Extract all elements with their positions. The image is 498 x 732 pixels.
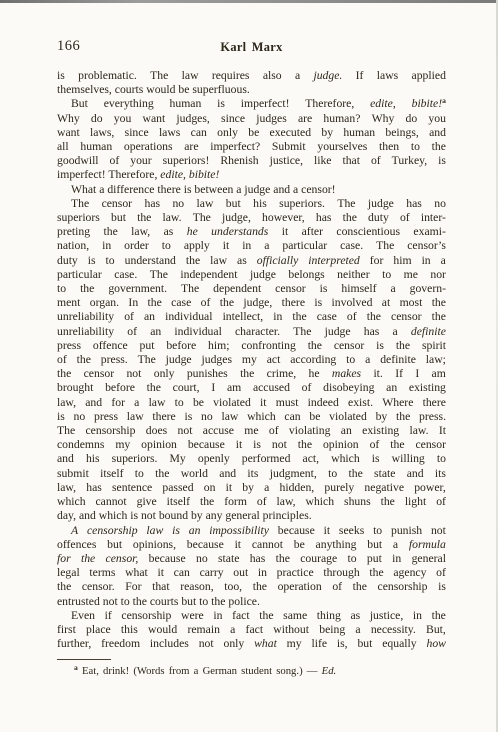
word: law [197, 197, 214, 211]
running-head: Karl Marx [220, 40, 282, 54]
word: equally [382, 637, 416, 651]
word: which [57, 495, 86, 509]
word: it [226, 481, 233, 495]
text-line: entrusted not to the courts but to the p… [57, 595, 446, 609]
word: fact [232, 609, 250, 623]
word: a [355, 623, 360, 637]
word: My [170, 452, 186, 466]
word: then [379, 140, 399, 154]
word: it [223, 239, 230, 253]
word: the [381, 495, 395, 509]
word: Therefore, [305, 97, 354, 111]
word: the [104, 225, 118, 239]
word: The [293, 325, 311, 339]
word: If [356, 69, 364, 83]
word: submit [57, 467, 89, 481]
word: The [181, 282, 199, 296]
word: nor [430, 268, 446, 282]
word: includes [150, 637, 189, 651]
word: but [111, 211, 126, 225]
word: law [127, 410, 144, 424]
word: power, [414, 481, 446, 495]
word: but [226, 197, 241, 211]
word: individual [165, 310, 212, 324]
text-line: day, and which is not bound by any gener… [57, 509, 446, 523]
word: its [247, 467, 258, 481]
word: be [248, 126, 259, 140]
word: the [298, 438, 312, 452]
word: before [166, 339, 196, 353]
word: but [357, 637, 372, 651]
word: is [320, 282, 328, 296]
word: requires [212, 69, 250, 83]
word: censor, [106, 552, 139, 566]
word: The [150, 69, 168, 83]
word: definite [411, 325, 446, 339]
word: the [367, 310, 381, 324]
word: applied [412, 69, 446, 83]
word: judge, [243, 296, 272, 310]
word: is [314, 296, 322, 310]
word: goodwill [57, 154, 99, 168]
word: yourselves [317, 140, 367, 154]
word: remain [187, 623, 219, 637]
word: further, [57, 637, 91, 651]
word: The [150, 268, 168, 282]
word: of [436, 495, 446, 509]
paragraph: What a difference there is between a jud… [57, 183, 446, 197]
word: the [396, 410, 410, 424]
word: same [283, 609, 307, 623]
word: the [308, 339, 322, 353]
word: censor. [82, 580, 115, 594]
word: is [57, 69, 65, 83]
word: impossibility [209, 524, 269, 538]
word: be [193, 396, 204, 410]
word: laws [377, 69, 398, 83]
word: the [432, 140, 446, 154]
word: judges, [176, 112, 209, 126]
word: Why [372, 112, 395, 126]
text-line: particularcase.Theindependentjudgebelong… [57, 268, 446, 282]
text-line: wantlaws,sincelawscanonlybeexecutedbyhum… [57, 126, 446, 140]
text-line: imperfect! Therefore, edite, bibite! [57, 168, 446, 182]
word: intellect, [223, 310, 264, 324]
word: imperfect? [210, 140, 260, 154]
word: but [107, 538, 122, 552]
text-line: dutyistounderstandthelawasofficiallyinte… [57, 254, 446, 268]
word: first [57, 623, 76, 637]
word: are [184, 140, 198, 154]
word: the [147, 381, 161, 395]
word: everything [104, 97, 154, 111]
word: is [372, 452, 380, 466]
word: offence [93, 339, 128, 353]
word: after [302, 225, 323, 239]
word: of [257, 495, 267, 509]
word: an [144, 310, 155, 324]
word: But [71, 97, 88, 111]
word: the [148, 296, 162, 310]
word: since [125, 126, 149, 140]
word: is, [337, 637, 348, 651]
word: law, [57, 481, 76, 495]
word: law. [409, 424, 428, 438]
word: he [187, 225, 198, 239]
word: apply [184, 239, 210, 253]
word: can [174, 566, 190, 580]
word: law [182, 69, 199, 83]
word: what [254, 637, 277, 651]
word: performed [242, 452, 291, 466]
word: justice, [270, 154, 303, 168]
word: preting [57, 225, 90, 239]
word: human [80, 140, 112, 154]
word: of [371, 154, 381, 168]
word: is [57, 410, 65, 424]
word: if [105, 609, 112, 623]
word: give [137, 495, 157, 509]
word: himself [341, 282, 376, 296]
word: laws [159, 126, 180, 140]
paragraph: Acensorshiplawisanimpossibilitybecauseit… [57, 524, 446, 609]
word: carry [200, 566, 224, 580]
word: for [370, 254, 384, 268]
word: would [148, 623, 177, 637]
word: But, [426, 623, 446, 637]
word: law; [426, 353, 446, 367]
word: edite, [370, 97, 396, 111]
word: since [221, 112, 245, 126]
word: of [370, 438, 380, 452]
word: of [436, 566, 446, 580]
word: understands [211, 225, 268, 239]
text-line: pressoffenceputbeforehim;confrontingthec… [57, 339, 446, 353]
word: superiors! [163, 154, 210, 168]
word: to [106, 254, 115, 268]
word: an [341, 424, 352, 438]
word: seeks [339, 524, 364, 538]
word: all [57, 140, 69, 154]
word: him [393, 254, 411, 268]
word: not [126, 367, 141, 381]
word: law, [57, 396, 76, 410]
body-text: isproblematic.Thelawrequiresalsoajudge.I… [57, 69, 446, 678]
word: I [211, 381, 215, 395]
word: superiors. [279, 197, 325, 211]
word: negative [364, 481, 404, 495]
word: my [287, 637, 302, 651]
text-line: thecensor.Forthatreason,too,theoperation… [57, 580, 446, 594]
word: the [155, 467, 169, 481]
word: it [236, 438, 243, 452]
text-line: legaltermswhatitcancarryoutinpracticethr… [57, 566, 446, 580]
word: act, [303, 452, 320, 466]
word: inter- [421, 211, 446, 225]
word: exist. [348, 396, 373, 410]
word: Even [71, 609, 95, 623]
word: violating [289, 424, 331, 438]
footnote-rule [57, 659, 111, 660]
word: my [242, 353, 257, 367]
word: judges [202, 353, 233, 367]
word: to [162, 239, 171, 253]
word: me [404, 268, 418, 282]
word: terms [89, 566, 115, 580]
word: has [364, 325, 380, 339]
word: has [316, 211, 332, 225]
word: willing [392, 452, 425, 466]
word: the [80, 282, 94, 296]
word: however, [262, 211, 305, 225]
word: in [413, 609, 422, 623]
word: cannot [96, 495, 127, 509]
word: officially [257, 254, 299, 268]
word: unreliability [57, 325, 114, 339]
word: press [94, 410, 118, 424]
text-line: nation,inordertoapplyitinaparticularcase… [57, 239, 446, 253]
word: the [259, 609, 273, 623]
word: the [348, 467, 362, 481]
word: the [200, 495, 214, 509]
word: an [189, 524, 201, 538]
word: press. [419, 410, 446, 424]
word: confronting [241, 339, 296, 353]
word: and [407, 467, 424, 481]
word: particular [282, 239, 327, 253]
word: a [365, 353, 370, 367]
word: the [353, 580, 367, 594]
word: the [396, 339, 410, 353]
word: no [196, 552, 208, 566]
word: Turkey, [392, 154, 428, 168]
word: ment [57, 296, 80, 310]
word: what [125, 566, 148, 580]
word: an [386, 381, 397, 395]
word: conscientious [336, 225, 400, 239]
word: accuse [203, 424, 234, 438]
word: Submit [272, 140, 306, 154]
word: which [306, 495, 335, 509]
word: because [187, 538, 224, 552]
scan-top-edge [0, 0, 498, 3]
word: spirit [422, 339, 446, 353]
text-line: forthecensor,becausenostatehasthecourage… [57, 552, 446, 566]
word: also [263, 69, 282, 83]
word: law, [277, 495, 296, 509]
footnote: a Eat, drink! (Words from a German stude… [57, 665, 446, 678]
word: through [323, 566, 359, 580]
word: condemns [57, 438, 104, 452]
word: by [376, 410, 388, 424]
word: this [121, 623, 138, 637]
word: in [422, 254, 431, 268]
text-line: thecensornotonlypunishesthecrime,hemakes… [57, 367, 446, 381]
word: of [127, 325, 137, 339]
word: reason, [180, 580, 213, 594]
word: he [309, 367, 320, 381]
text-line: mentorgan.Inthecaseofthejudge,thereisinv… [57, 296, 446, 310]
word: me [244, 424, 258, 438]
word: of [269, 424, 279, 438]
word: censor [275, 282, 306, 296]
word: disobeying [323, 381, 374, 395]
word: by [321, 126, 333, 140]
text-line: themselves, courts would be superfluous. [57, 83, 446, 97]
word: the [57, 580, 71, 594]
word: hidden, [279, 481, 314, 495]
word: as [350, 609, 360, 623]
text-line: Whydoyouwantjudges,sincejudgesarehuman?W… [57, 112, 446, 126]
word: censor [84, 367, 115, 381]
word: cannot [252, 538, 283, 552]
word: The [376, 239, 394, 253]
word: press. [101, 353, 128, 367]
word: censorship [87, 524, 138, 538]
word: it. [373, 367, 382, 381]
word: a [295, 69, 300, 83]
word: you [114, 112, 132, 126]
word: does [146, 424, 167, 438]
word: beings, [385, 126, 418, 140]
word: life [311, 637, 327, 651]
word: of [332, 580, 342, 594]
word: to [382, 268, 391, 282]
word: how [426, 637, 445, 651]
word: to [346, 353, 355, 367]
word: because [188, 438, 225, 452]
word: to [135, 467, 144, 481]
paragraph: isproblematic.Thelawrequiresalsoajudge.I… [57, 69, 446, 97]
word: must [276, 396, 299, 410]
word: the [369, 566, 383, 580]
word: a [264, 239, 269, 253]
word: govern- [410, 282, 446, 296]
word: it [324, 524, 331, 538]
word: the [292, 310, 306, 324]
word: your [130, 154, 151, 168]
word: to [437, 452, 446, 466]
word: judge, [222, 211, 251, 225]
word: to [328, 467, 337, 481]
word: censor [415, 438, 446, 452]
word: understand [125, 254, 176, 268]
word: light [405, 495, 426, 509]
word: only [223, 637, 244, 651]
word: the [276, 552, 290, 566]
word: violated [329, 410, 367, 424]
word: form [224, 495, 247, 509]
word: law [210, 254, 227, 268]
text-line: submititselftotheworldanditsjudgment,tot… [57, 467, 446, 481]
word: no [74, 410, 86, 424]
word: an [150, 325, 161, 339]
word: is [438, 154, 446, 168]
word: of [124, 310, 134, 324]
word: operations [124, 140, 173, 154]
word: censorship [378, 580, 428, 594]
word: him; [208, 339, 229, 353]
word: only [217, 126, 238, 140]
word: there [152, 410, 175, 424]
word: his [86, 452, 100, 466]
word: to [373, 524, 382, 538]
word: accused [253, 381, 290, 395]
word: law [146, 524, 163, 538]
word: executed [270, 126, 312, 140]
word: freedom [101, 637, 140, 651]
word: laws, [90, 126, 114, 140]
word: Why [57, 112, 80, 126]
word: The [57, 424, 75, 438]
word: has [144, 197, 160, 211]
word: his [253, 197, 267, 211]
word: itself [100, 467, 123, 481]
text-line: isproblematic.Thelawrequiresalsoajudge.I… [57, 69, 446, 83]
word: judges [256, 112, 287, 126]
text-line: andhissuperiors.Myopenlyperformedact,whi… [57, 452, 446, 466]
word: Rhenish [220, 154, 258, 168]
word: but [367, 538, 382, 552]
word: put [367, 552, 382, 566]
word: particular [57, 268, 102, 282]
word: which [331, 452, 360, 466]
page-number: 166 [57, 38, 80, 54]
word: censor [334, 339, 365, 353]
word: for [57, 552, 71, 566]
word: it [260, 396, 267, 410]
word: case. [114, 268, 137, 282]
text-line: whichcannotgiveitselftheformoflaw,whichs… [57, 495, 446, 509]
word: place [86, 623, 111, 637]
word: be [294, 538, 305, 552]
word: in [392, 552, 401, 566]
word: as [164, 225, 174, 239]
word: of [201, 296, 211, 310]
word: brought [57, 381, 93, 395]
word: am [227, 381, 241, 395]
word: a [230, 623, 235, 637]
word: nation, [57, 239, 89, 253]
word: duty [57, 254, 78, 268]
word: the [77, 353, 91, 367]
text-line: Thecensorhasnolawbuthissuperiors.Thejudg… [57, 197, 446, 211]
word: human [170, 97, 202, 111]
word: law [221, 410, 238, 424]
word: and [219, 467, 236, 481]
word: neither [337, 268, 369, 282]
word: to [411, 140, 420, 154]
word: The [193, 211, 211, 225]
word: the [240, 367, 254, 381]
word: without [273, 623, 309, 637]
word: a [134, 396, 139, 410]
word: not [431, 524, 446, 538]
word: has [250, 552, 266, 566]
word: not [272, 438, 287, 452]
word: judge. [313, 69, 342, 83]
text-line: broughtbeforethecourt,Iamaccusedofdisobe… [57, 381, 446, 395]
word: belongs [288, 268, 324, 282]
word: for [111, 396, 125, 410]
word: is [185, 410, 193, 424]
word: state [218, 552, 239, 566]
word: judge [325, 325, 351, 339]
word: a [393, 538, 398, 552]
text-line: pretingthelaw,asheunderstandsitaftercons… [57, 225, 446, 239]
text-line: superiorsbutthelaw.Thejudge,however,hast… [57, 211, 446, 225]
text-line: goodwillofyoursuperiors!Rhenishjustice,l… [57, 154, 446, 168]
